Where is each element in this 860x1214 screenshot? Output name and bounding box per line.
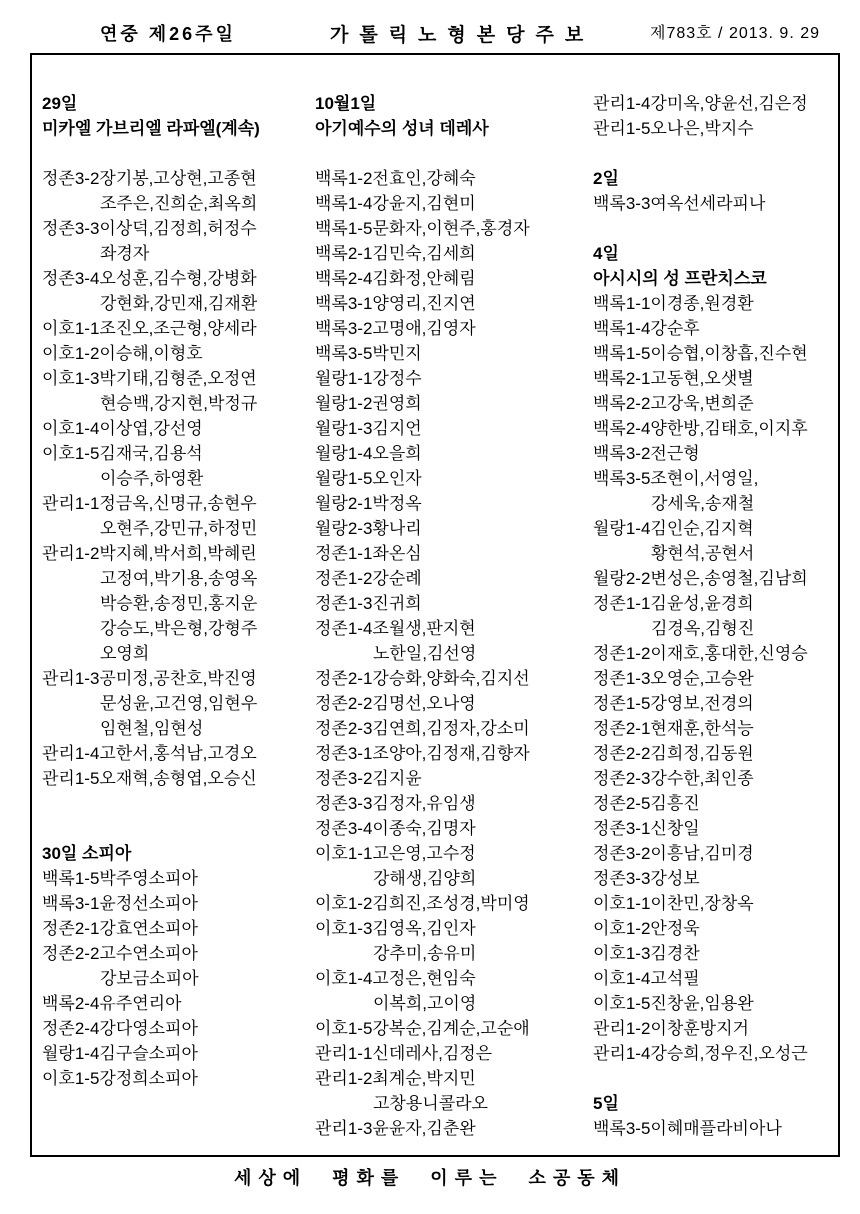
blank-line — [315, 141, 587, 166]
name-line: 백록1-4강순후 — [593, 316, 833, 341]
name-line: 관리1-2이창훈방지거 — [593, 1016, 833, 1041]
name-line: 관리1-4고한서,홍석남,고경오 — [42, 741, 310, 766]
name-line: 정존3-4이종숙,김명자 — [315, 816, 587, 841]
name-line-continued: 조주은,진희순,최옥희 — [42, 191, 310, 216]
name-line: 이호1-4이상엽,강선영 — [42, 416, 310, 441]
date-heading: 5일 — [593, 1091, 833, 1116]
name-line: 월랑1-1강정수 — [315, 366, 587, 391]
name-line: 관리1-3윤윤자,김춘완 — [315, 1116, 587, 1141]
date-heading: 29일 — [42, 91, 310, 116]
name-line: 월랑1-4김구슬소피아 — [42, 1041, 310, 1066]
name-line: 이호1-2안정욱 — [593, 916, 833, 941]
name-line-continued: 강세욱,송재철 — [593, 491, 833, 516]
name-line: 이호1-1조진오,조근형,양세라 — [42, 316, 310, 341]
name-line-continued: 이승주,하영환 — [42, 466, 310, 491]
name-line: 정존1-3진귀희 — [315, 591, 587, 616]
date-heading: 10월1일 — [315, 91, 587, 116]
name-line: 월랑1-2권영희 — [315, 391, 587, 416]
name-line: 정존2-1현재훈,한석능 — [593, 716, 833, 741]
name-line: 관리1-2박지혜,박서희,박혜린 — [42, 541, 310, 566]
name-line: 정존1-2강순례 — [315, 566, 587, 591]
name-line-continued: 이복희,고이영 — [315, 991, 587, 1016]
blank-line — [42, 816, 310, 841]
name-line: 이호1-5강복순,김계순,고순애 — [315, 1016, 587, 1041]
name-line: 이호1-1고은영,고수정 — [315, 841, 587, 866]
name-line: 이호1-5김재국,김용석 — [42, 441, 310, 466]
name-line: 정존2-2고수연소피아 — [42, 941, 310, 966]
name-line: 정존1-1좌온심 — [315, 541, 587, 566]
content-box: 29일미카엘 가브리엘 라파엘(계속) 정존3-2장기봉,고상현,고종현조주은,… — [30, 53, 840, 1157]
name-line: 백록2-4유주연리아 — [42, 991, 310, 1016]
name-line: 월랑1-5오인자 — [315, 466, 587, 491]
name-line: 백록3-5이혜매플라비아나 — [593, 1116, 833, 1141]
name-line: 이호1-4고정은,현임숙 — [315, 966, 587, 991]
name-line: 월랑2-3황나리 — [315, 516, 587, 541]
name-line: 관리1-1신데레사,김정은 — [315, 1041, 587, 1066]
blank-line — [42, 141, 310, 166]
name-line: 관리1-5오나은,박지수 — [593, 116, 833, 141]
name-line: 이호1-5진창윤,임용완 — [593, 991, 833, 1016]
name-line: 정존2-1강승화,양화숙,김지선 — [315, 666, 587, 691]
name-line-continued: 강보금소피아 — [42, 966, 310, 991]
name-list-column-2: 10월1일아기예수의 성녀 데레사 백록1-2전효인,강혜숙백록1-4강윤지,김… — [315, 91, 587, 1141]
blank-line — [593, 216, 833, 241]
name-line: 정존1-4조월생,판지현 — [315, 616, 587, 641]
name-line-continued: 강해생,김양희 — [315, 866, 587, 891]
name-line: 정존3-4오성훈,김수형,강병화 — [42, 266, 310, 291]
name-line: 정존3-3이상덕,김정희,허정수 — [42, 216, 310, 241]
name-line: 월랑1-4오을희 — [315, 441, 587, 466]
name-line-continued: 강승도,박은형,강형주 — [42, 616, 310, 641]
name-line: 월랑2-1박정옥 — [315, 491, 587, 516]
name-line: 백록2-2고강욱,변희준 — [593, 391, 833, 416]
feast-title: 미카엘 가브리엘 라파엘(계속) — [42, 116, 310, 141]
name-line: 정존1-1김윤성,윤경희 — [593, 591, 833, 616]
feast-title: 아기예수의 성녀 데레사 — [315, 116, 587, 141]
name-line-continued: 황현석,공현서 — [593, 541, 833, 566]
name-line: 백록3-2전근형 — [593, 441, 833, 466]
name-line-continued: 현승백,강지현,박정규 — [42, 391, 310, 416]
name-line: 정존3-2김지윤 — [315, 766, 587, 791]
name-line: 이호1-4고석필 — [593, 966, 833, 991]
name-line: 백록2-1고동현,오샛별 — [593, 366, 833, 391]
name-line: 월랑2-2변성은,송영철,김남희 — [593, 566, 833, 591]
name-line-continued: 강추미,송유미 — [315, 941, 587, 966]
name-line: 월랑1-4김인순,김지혁 — [593, 516, 833, 541]
name-line: 관리1-4강미옥,양윤선,김은정 — [593, 91, 833, 116]
name-line: 정존2-3강수한,최인종 — [593, 766, 833, 791]
blank-line — [42, 791, 310, 816]
name-list-column-1: 29일미카엘 가브리엘 라파엘(계속) 정존3-2장기봉,고상현,고종현조주은,… — [42, 91, 310, 1091]
name-line: 백록2-4양한방,김태호,이지후 — [593, 416, 833, 441]
name-line-continued: 문성윤,고건영,임현우 — [42, 691, 310, 716]
name-line: 정존3-3강성보 — [593, 866, 833, 891]
name-line: 백록3-5조현이,서영일, — [593, 466, 833, 491]
name-line: 이호1-2이승해,이형호 — [42, 341, 310, 366]
name-line: 백록1-4강윤지,김현미 — [315, 191, 587, 216]
name-line-continued: 오현주,강민규,하정민 — [42, 516, 310, 541]
feast-title: 아시시의 성 프란치스코 — [593, 266, 833, 291]
name-line: 백록3-3여옥선세라피나 — [593, 191, 833, 216]
bulletin-title: 가톨릭노형본당주보 — [330, 20, 594, 47]
name-line: 정존3-1신창일 — [593, 816, 833, 841]
name-line: 정존2-1강효연소피아 — [42, 916, 310, 941]
name-line: 정존2-2김희정,김동원 — [593, 741, 833, 766]
name-line-continued: 박승환,송정민,홍지운 — [42, 591, 310, 616]
name-line-continued: 김경옥,김형진 — [593, 616, 833, 641]
footer-motto: 세상에 평화를 이루는 소공동체 — [0, 1164, 860, 1190]
name-line: 백록1-2전효인,강혜숙 — [315, 166, 587, 191]
name-line: 백록1-5이승협,이창흡,진수현 — [593, 341, 833, 366]
name-line: 이호1-1이찬민,장창옥 — [593, 891, 833, 916]
name-line: 정존2-2김명선,오나영 — [315, 691, 587, 716]
name-line: 백록1-1이경종,원경환 — [593, 291, 833, 316]
name-line: 정존3-2이흥남,김미경 — [593, 841, 833, 866]
name-line: 정존2-3김연희,김정자,강소미 — [315, 716, 587, 741]
issue-number-date: 제783호 / 2013. 9. 29 — [650, 20, 820, 43]
name-line: 정존3-2장기봉,고상현,고종현 — [42, 166, 310, 191]
name-line: 이호1-3박기태,김형준,오정연 — [42, 366, 310, 391]
name-line: 관리1-3공미정,공찬호,박진영 — [42, 666, 310, 691]
name-line: 이호1-5강정희소피아 — [42, 1066, 310, 1091]
name-line: 백록3-5박민지 — [315, 341, 587, 366]
name-line: 정존1-5강영보,전경의 — [593, 691, 833, 716]
name-line: 백록3-1양영리,진지연 — [315, 291, 587, 316]
name-line-continued: 임현철,임현성 — [42, 716, 310, 741]
name-line: 백록3-1윤정선소피아 — [42, 891, 310, 916]
name-line: 백록2-4김화정,안혜림 — [315, 266, 587, 291]
name-line: 백록3-2고명애,김영자 — [315, 316, 587, 341]
name-line: 정존1-2이재호,홍대한,신영승 — [593, 641, 833, 666]
name-line: 이호1-2김희진,조성경,박미영 — [315, 891, 587, 916]
name-line-continued: 고창용니콜라오 — [315, 1091, 587, 1116]
name-line-continued: 강현화,강민재,김재환 — [42, 291, 310, 316]
name-line-continued: 고정여,박기용,송영옥 — [42, 566, 310, 591]
name-line: 관리1-5오재혁,송형엽,오승신 — [42, 766, 310, 791]
name-line: 백록1-5문화자,이현주,홍경자 — [315, 216, 587, 241]
name-line-continued: 오영희 — [42, 641, 310, 666]
name-line: 관리1-1정금옥,신명규,송현우 — [42, 491, 310, 516]
name-line: 정존1-3오영순,고승완 — [593, 666, 833, 691]
name-line: 정존3-1조양아,김정재,김향자 — [315, 741, 587, 766]
name-line: 백록2-1김민숙,김세희 — [315, 241, 587, 266]
name-line: 관리1-2최계순,박지민 — [315, 1066, 587, 1091]
name-line-continued: 좌경자 — [42, 241, 310, 266]
name-line: 이호1-3김영옥,김인자 — [315, 916, 587, 941]
name-line: 정존2-4강다영소피아 — [42, 1016, 310, 1041]
name-line: 이호1-3김경찬 — [593, 941, 833, 966]
date-heading: 30일 소피아 — [42, 841, 310, 866]
name-line: 관리1-4강승희,정우진,오성근 — [593, 1041, 833, 1066]
name-line: 월랑1-3김지언 — [315, 416, 587, 441]
name-list-column-3: 관리1-4강미옥,양윤선,김은정관리1-5오나은,박지수 2일백록3-3여옥선세… — [593, 91, 833, 1141]
blank-line — [593, 1066, 833, 1091]
liturgical-season-title: 연중 제26주일 — [100, 20, 236, 46]
date-heading: 2일 — [593, 166, 833, 191]
name-line: 백록1-5박주영소피아 — [42, 866, 310, 891]
name-line: 정존2-5김흥진 — [593, 791, 833, 816]
date-heading: 4일 — [593, 241, 833, 266]
name-line-continued: 노한일,김선영 — [315, 641, 587, 666]
name-line: 정존3-3김정자,유임생 — [315, 791, 587, 816]
blank-line — [593, 141, 833, 166]
